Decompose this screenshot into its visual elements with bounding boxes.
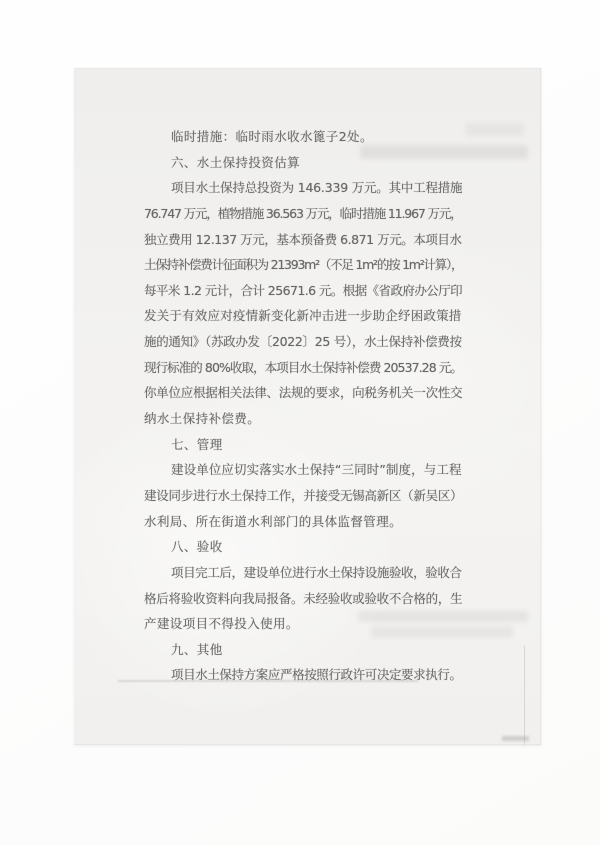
text-line: 水利局、所在街道水利部门的具体监督管理。 [144,509,462,535]
section-heading: 八、验收 [144,534,462,560]
text-line: 建设单位应切实落实水土保持“三同时”制度，与工程 [144,457,462,483]
text-line: 现行标准的 80%收取，本项目水土保持补偿费 20537.28 元。 [144,355,462,381]
text-line: 76.747 万元，植物措施 36.563 万元，临时措施 11.967 万元， [144,201,462,227]
bleedthrough-smudge [371,626,513,638]
text-line: 格后将验收资料向我局报备。未经验收或验收不合格的，生 [144,586,462,612]
document-text: 临时措施：临时雨水收水篦子2处。 六、水土保持投资估算 项目水土保持总投资为 1… [144,124,462,688]
bleedthrough-smudge [358,611,528,622]
photo-background: 临时措施：临时雨水收水篦子2处。 六、水土保持投资估算 项目水土保持总投资为 1… [0,0,600,845]
bleedthrough-smudge [360,145,528,159]
bleedthrough-smudge [466,123,524,136]
section-heading: 九、其他 [144,637,462,663]
text-line: 土保持补偿费计征面积为 21393m²（不足 1m²的按 1m²计算）， [144,252,462,278]
text-line: 项目完工后，建设单位进行水土保持设施验收，验收合 [144,560,462,586]
text-line: 施的通知》（苏政办发〔2022〕25 号），水土保持补偿费按 [144,329,462,355]
text-line: 项目水土保持方案应严格按照行政许可决定要求执行。 [144,662,462,688]
section-heading: 七、管理 [144,432,462,458]
bleedthrough-rule [118,680,418,682]
text-line: 你单位应根据相关法律、法规的要求，向税务机关一次性交 [144,380,462,406]
text-line: 纳水土保持补偿费。 [144,406,462,432]
text-line: 独立费用 12.137 万元，基本预备费 6.871 万元。本项目水 [144,227,462,253]
text-line: 每平米 1.2 元计，合计 25671.6 元。根据《省政府办公厅印 [144,278,462,304]
bleedthrough-smudge [502,736,529,741]
paper-fold-line [524,646,525,745]
text-line: 发关于有效应对疫情新变化新冲击进一步助企纾困政策措 [144,303,462,329]
document-page: 临时措施：临时雨水收水篦子2处。 六、水土保持投资估算 项目水土保持总投资为 1… [74,68,541,745]
text-line: 项目水土保持总投资为 146.339 万元。其中工程措施 [144,175,462,201]
text-line: 建设同步进行水土保持工作，并接受无锡高新区（新吴区） [144,483,462,509]
